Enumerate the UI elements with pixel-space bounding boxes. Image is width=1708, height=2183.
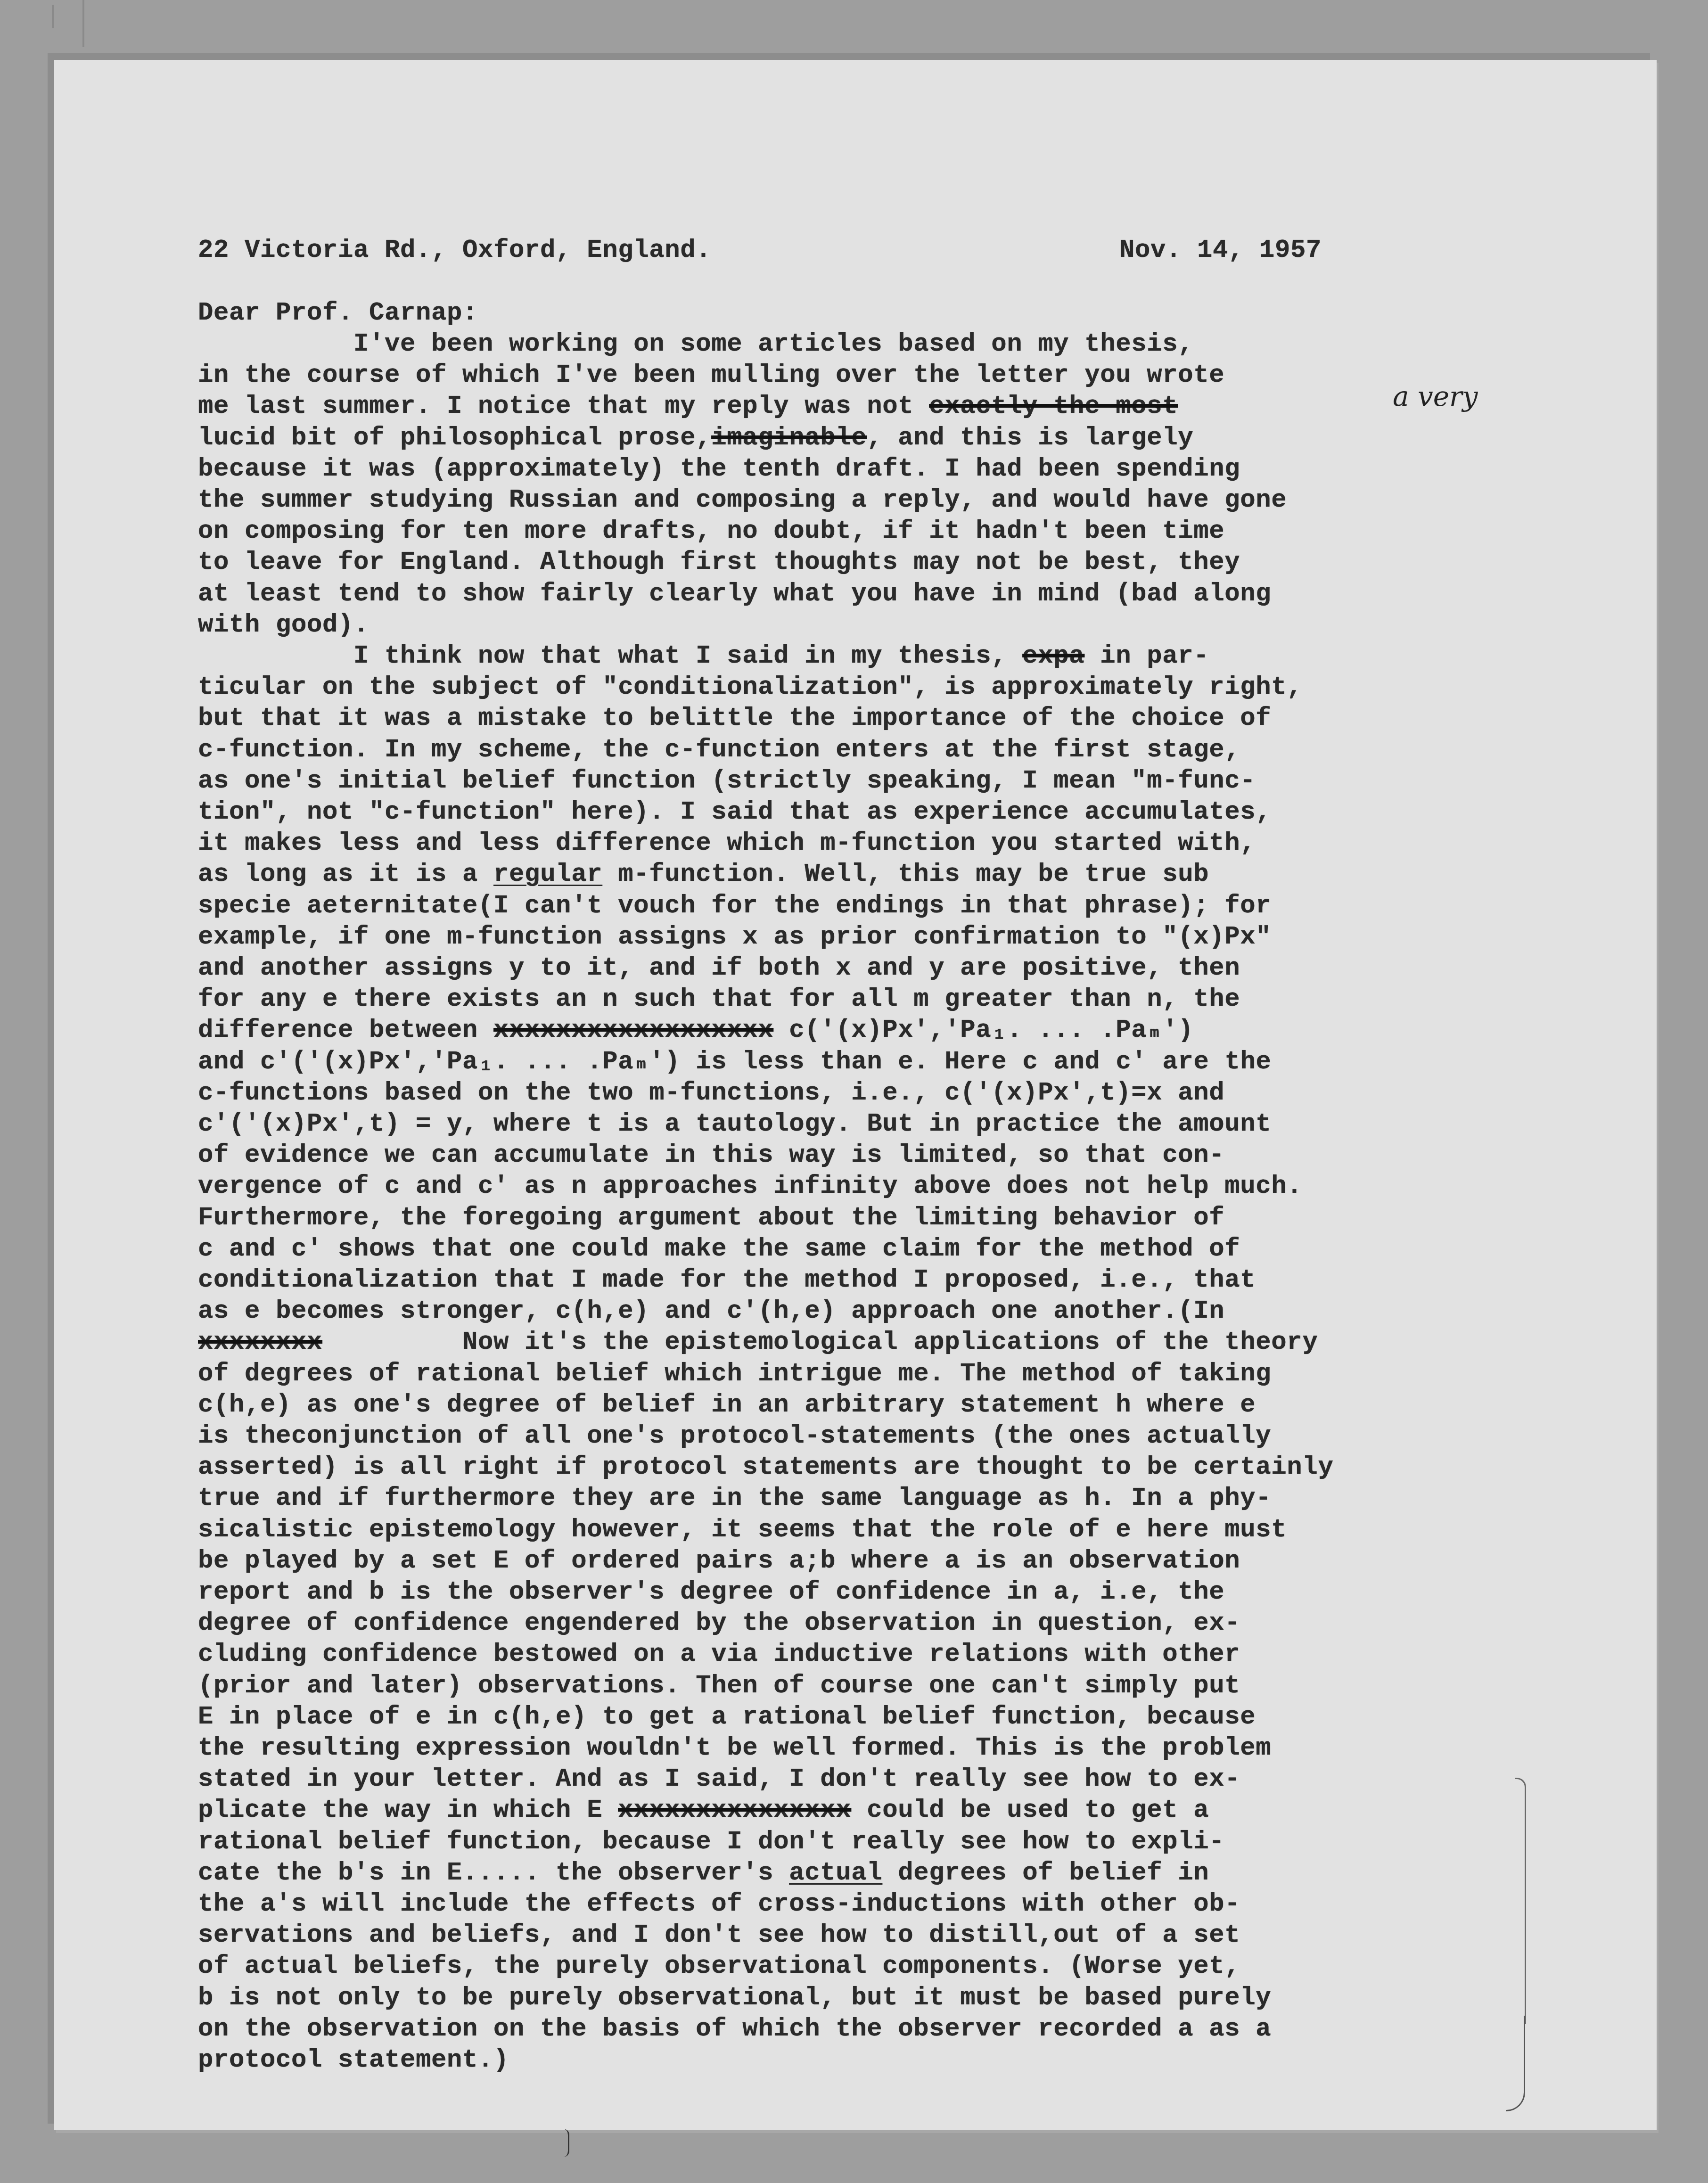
sender-address: 22 Victoria Rd., Oxford, England. [198,235,711,266]
letter-line: c-function. In my scheme, the c-function… [198,735,1240,766]
letter-line: the a's will include the effects of cros… [198,1889,1240,1920]
letter-line: sicalistic epistemology however, it seem… [198,1515,1287,1546]
letter-line: and another assigns y to it, and if both… [198,953,1240,984]
letter-line: c and c' shows that one could make the s… [198,1234,1240,1265]
scan-edge-marks [33,0,99,47]
letter-line: of degrees of rational belief which intr… [198,1359,1271,1390]
letter-line: c'('(x)Px',t) = y, where t is a tautolog… [198,1109,1271,1140]
underlined-text: regular [493,860,602,889]
letter-line: I think now that what I said in my thesi… [198,641,1209,672]
letter-line: stated in your letter. And as I said, I … [198,1764,1240,1795]
letter-line: in the course of which I've been mulling… [198,360,1224,391]
struck-out-text: xxxxxxxxxxxxxxx [618,1796,851,1825]
letter-line: and c'('(x)Px','Pa₁. ... .Paₘ') is less … [198,1047,1271,1078]
letter-line: on the observation on the basis of which… [198,2014,1271,2045]
letter-line: difference between xxxxxxxxxxxxxxxxxx c(… [198,1015,1193,1046]
letter-line: ticular on the subject of "conditionaliz… [198,672,1302,703]
letter-line: for any e there exists an n such that fo… [198,984,1240,1015]
letter-line: cate the b's in E..... the observer's ac… [198,1858,1209,1889]
letter-line: as long as it is a regular m-function. W… [198,859,1209,890]
letter-line: the resulting expression wouldn't be wel… [198,1733,1271,1764]
letter-line: c(h,e) as one's degree of belief in an a… [198,1390,1256,1421]
letter-line: b is not only to be purely observational… [198,1983,1271,2014]
struck-out-text: expa [1022,642,1084,671]
letter-line: me last summer. I notice that my reply w… [198,391,1178,422]
handwritten-insertion: a very [1393,380,1478,412]
letter-line: degree of confidence engendered by the o… [198,1608,1240,1639]
letter-line: is theconjunction of all one's protocol-… [198,1421,1271,1452]
letter-line: I've been working on some articles based… [198,329,1193,360]
letter-line: as one's initial belief function (strict… [198,766,1256,797]
letter-line: cluding confidence bestowed on a via ind… [198,1639,1240,1670]
struck-out-text: xxxxxxxxxxxxxxxxxx [493,1016,773,1045]
letter-line: tion", not "c-function" here). I said th… [198,797,1271,828]
letter-line: of actual beliefs, the purely observatio… [198,1951,1240,1982]
letter-line: lucid bit of philosophical prose,imagina… [198,423,1193,454]
margin-bracket-end [1506,2016,1525,2111]
letter-line: protocol statement.) [198,2045,509,2076]
letter-line: be played by a set E of ordered pairs a;… [198,1546,1240,1577]
letter-line: but that it was a mistake to belittle th… [198,703,1271,734]
letter-line: with good). [198,610,369,641]
letter-line: asserted) is all right if protocol state… [198,1452,1333,1483]
letter-line: true and if furthermore they are in the … [198,1483,1271,1514]
letter-page: 22 Victoria Rd., Oxford, England. Nov. 1… [54,60,1657,2130]
letter-line: example, if one m-function assigns x as … [198,922,1271,953]
letter-line: vergence of c and c' as n approaches inf… [198,1171,1302,1202]
letter-line: (prior and later) observations. Then of … [198,1671,1240,1702]
letter-line: servations and beliefs, and I don't see … [198,1920,1240,1951]
letter-line: to leave for England. Although first tho… [198,547,1240,578]
letter-line: because it was (approximately) the tenth… [198,454,1240,485]
salutation: Dear Prof. Carnap: [198,298,478,329]
letter-line: c-functions based on the two m-functions… [198,1078,1224,1109]
underlined-text: actual [789,1859,882,1888]
letter-line: plicate the way in which E xxxxxxxxxxxxx… [198,1795,1209,1826]
struck-out-text: imaginable [711,424,867,452]
letter-line: E in place of e in c(h,e) to get a ratio… [198,1702,1256,1733]
letter-line: specie aeternitate(I can't vouch for the… [198,891,1271,922]
letter-line: Furthermore, the foregoing argument abou… [198,1203,1224,1234]
letter-line: as e becomes stronger, c(h,e) and c'(h,e… [198,1296,1224,1327]
margin-bracket [1515,1778,1526,2024]
letter-line: rational belief function, because I don'… [198,1827,1224,1858]
letter-line: report and b is the observer's degree of… [198,1577,1224,1608]
letter-line: at least tend to show fairly clearly wha… [198,579,1271,610]
letter-line: conditionalization that I made for the m… [198,1265,1256,1296]
letter-line: it makes less and less difference which … [198,828,1256,859]
letter-line: on composing for ten more drafts, no dou… [198,516,1224,547]
letter-line: xxxxxxxx Now it's the epistemological ap… [198,1327,1318,1358]
struck-out-text: xxxxxxxx [198,1328,322,1357]
letter-line: the summer studying Russian and composin… [198,485,1287,516]
letter-date: Nov. 14, 1957 [1119,235,1322,266]
letter-line: of evidence we can accumulate in this wa… [198,1140,1224,1171]
handwritten-closing-paren [563,2129,569,2157]
struck-out-text: exactly the most [929,392,1178,421]
